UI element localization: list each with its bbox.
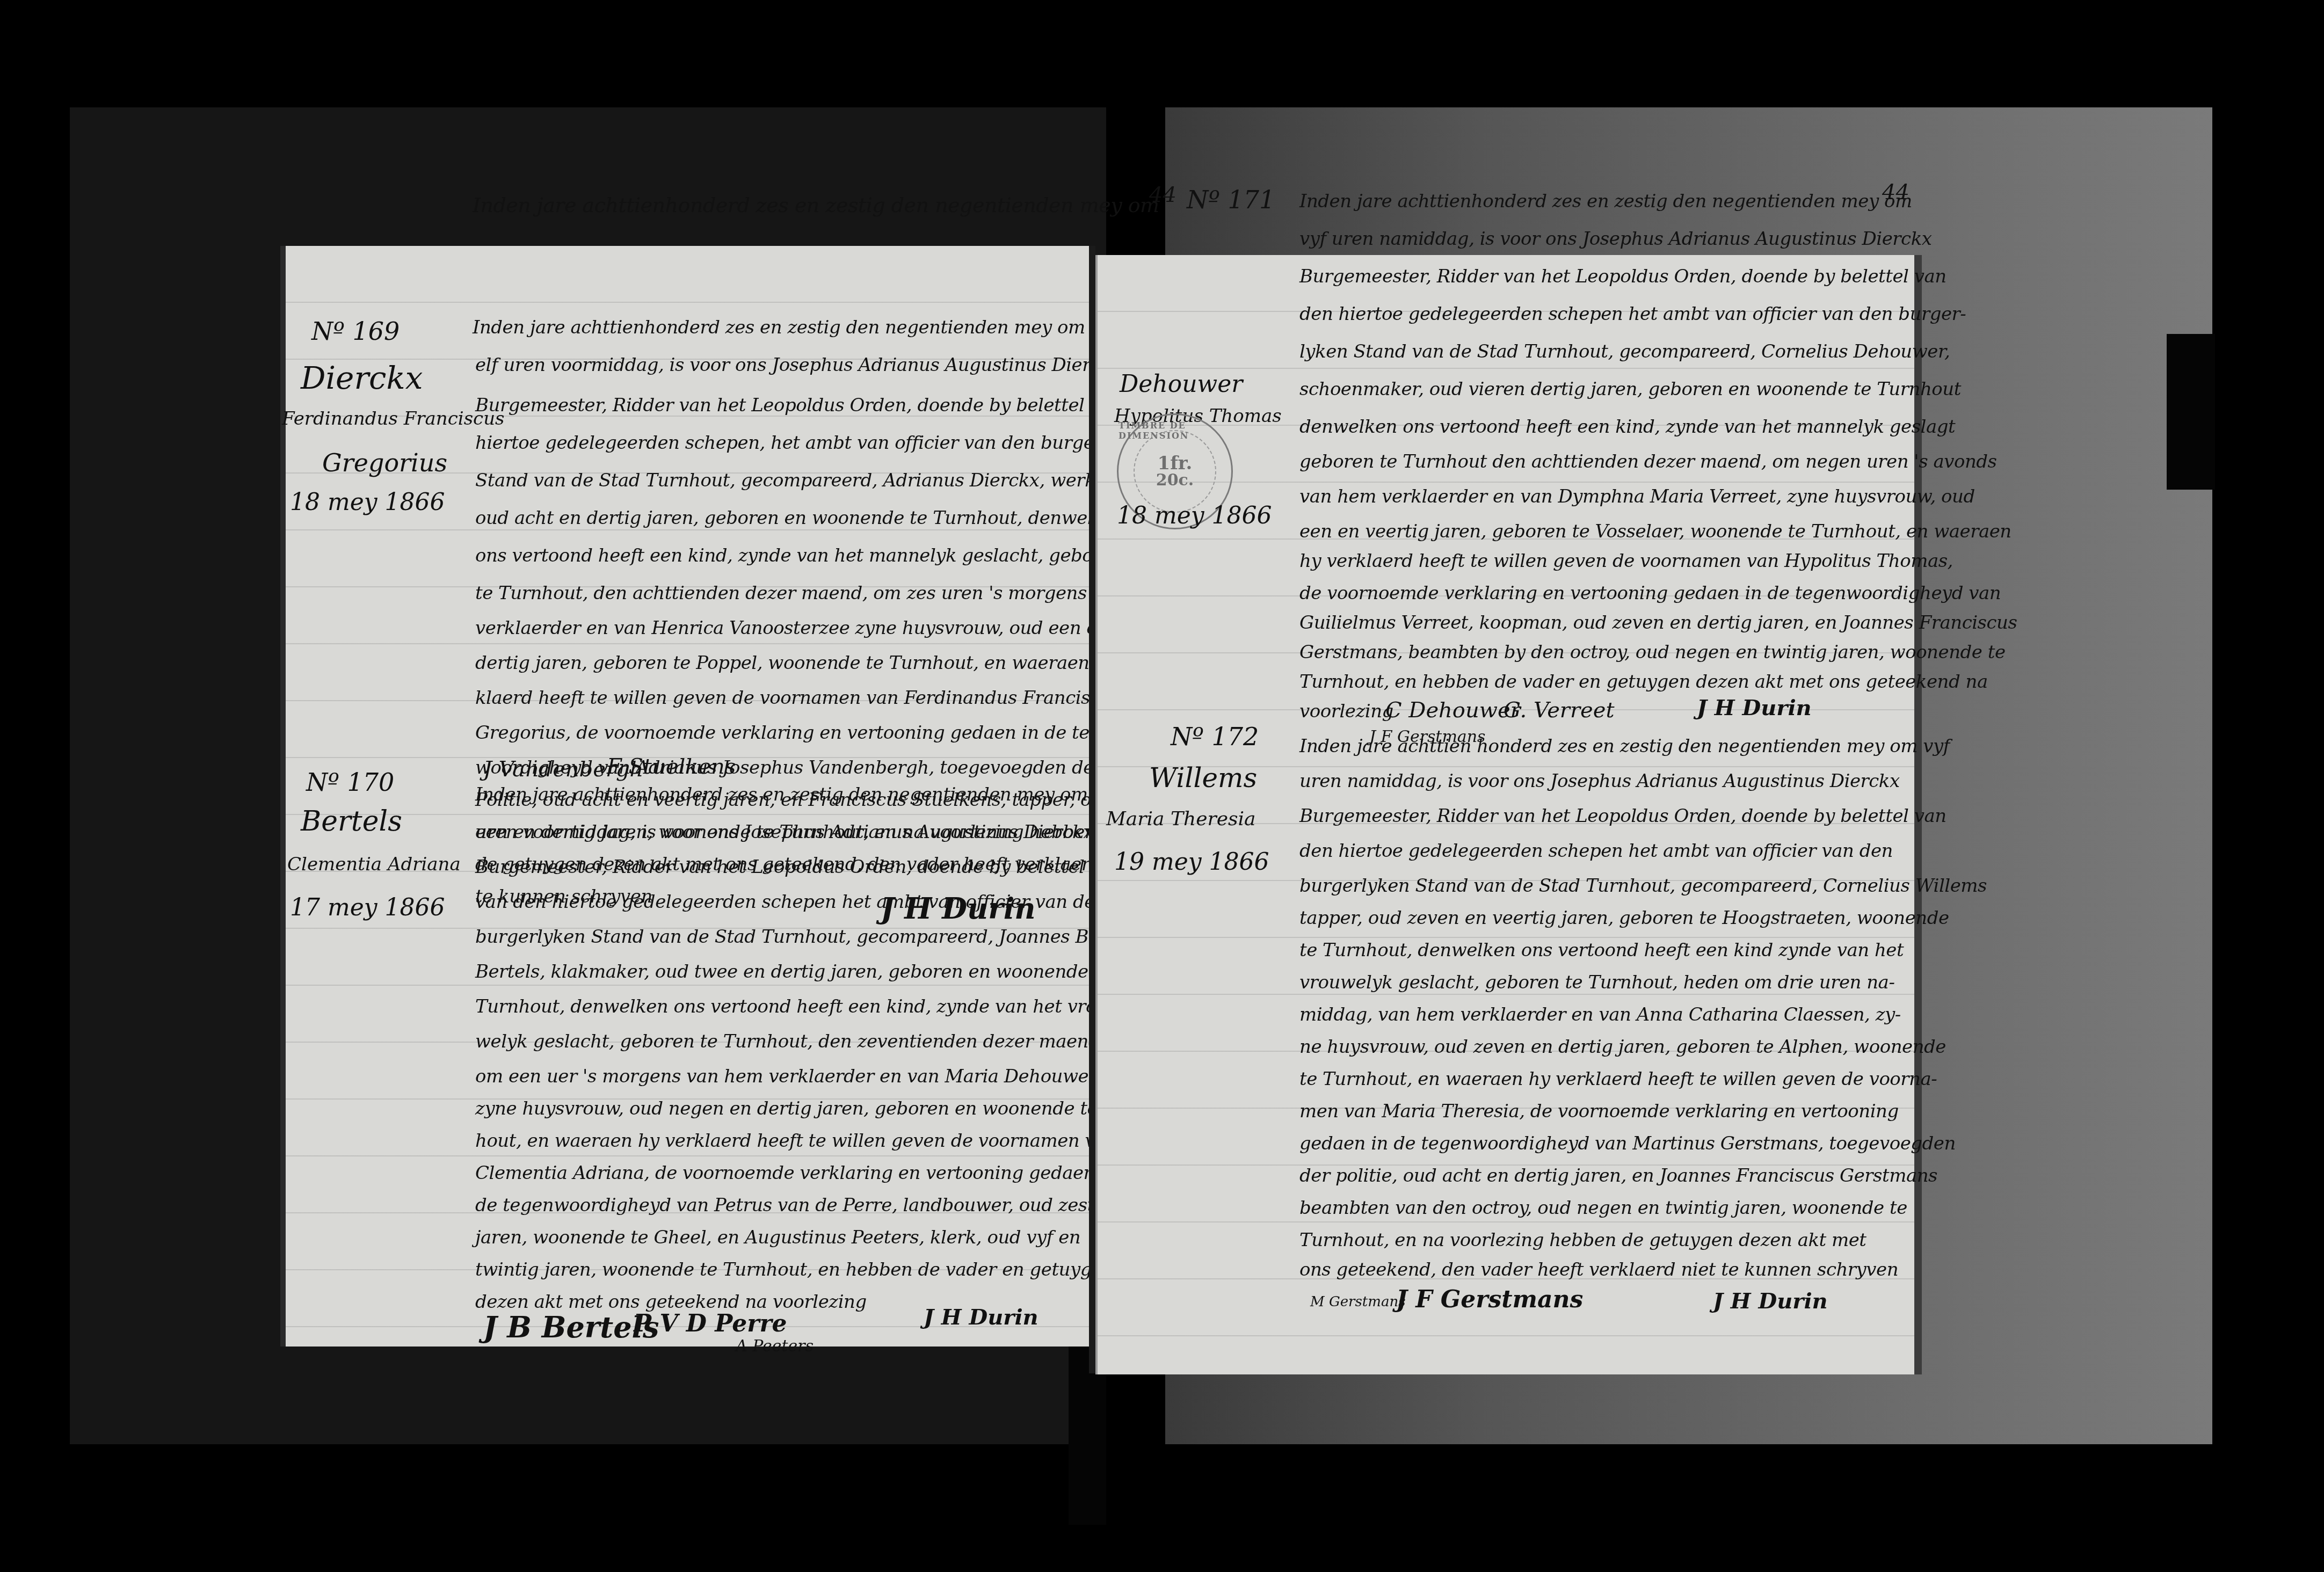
entry-169-line: Inden jare achttienhonderd zes en zestig… bbox=[473, 193, 1159, 217]
entry-172-surname: Willems bbox=[1149, 762, 1257, 794]
entry-170-line: welyk geslacht, geboren te Turnhout, den… bbox=[475, 1031, 1100, 1052]
entry-171-signature-witness-1: G. Verreet bbox=[1504, 698, 1615, 723]
entry-169-number: Nº 169 bbox=[311, 317, 400, 346]
entry-170-signature-father: J B Bertels bbox=[483, 1310, 659, 1344]
entry-172-line: beambten van den octroy, oud negen en tw… bbox=[1299, 1197, 1907, 1219]
entry-171-line: geboren te Turnhout den achttienden deze… bbox=[1299, 451, 1997, 472]
entry-169-line: te Turnhout, den achttienden dezer maend… bbox=[475, 583, 1169, 604]
entry-172-signature-officer: J H Durin bbox=[1713, 1289, 1828, 1314]
entry-170-line: twintig jaren, woonende te Turnhout, en … bbox=[475, 1259, 1114, 1280]
entry-170-line: de tegenwoordigheyd van Petrus van de Pe… bbox=[475, 1195, 1112, 1216]
entry-170-surname: Bertels bbox=[301, 805, 402, 838]
entry-170-date: 17 mey 1866 bbox=[290, 894, 445, 921]
entry-172-line: middag, van hem verklaerder en van Anna … bbox=[1299, 1004, 1901, 1025]
entry-169-surname: Dierckx bbox=[301, 360, 423, 396]
entry-171-number: Nº 171 bbox=[1187, 185, 1275, 214]
entry-170-line: om een uer 's morgens van hem verklaerde… bbox=[475, 1066, 1097, 1087]
entry-170-line: Inden jare achttienhonderd zes en zestig… bbox=[475, 784, 1116, 805]
entry-169-line: klaerd heeft te willen geven de voorname… bbox=[475, 687, 1121, 709]
entry-172-line: ne huysvrouw, oud zeven en dertig jaren,… bbox=[1299, 1036, 1946, 1058]
entry-169-given-names: Ferdinandus Franciscus bbox=[282, 408, 505, 430]
entry-169-given-names-2: Gregorius bbox=[322, 448, 447, 477]
entry-171-line: van hem verklaerder en van Dymphna Maria… bbox=[1299, 486, 1975, 507]
entry-172-line: tapper, oud zeven en veertig jaren, gebo… bbox=[1299, 907, 1949, 929]
entry-171-line: Gerstmans, beambten by den octroy, oud n… bbox=[1299, 642, 2006, 663]
folio-number-left: 44 bbox=[1149, 183, 1176, 207]
entry-172-line: gedaen in de tegenwoordigheyd van Martin… bbox=[1299, 1133, 1956, 1154]
entry-171-line: hy verklaerd heeft te willen geven de vo… bbox=[1299, 550, 1953, 572]
entry-172-given-names: Maria Theresia bbox=[1106, 808, 1255, 830]
entry-169-line: elf uren voormiddag, is voor ons Josephu… bbox=[475, 354, 1121, 376]
entry-169-line: Stand van de Stad Turnhout, gecompareerd… bbox=[475, 470, 1135, 491]
entry-170-line: dezen akt met ons geteekend na voorlezin… bbox=[475, 1291, 867, 1313]
book-gutter bbox=[1089, 246, 1095, 1373]
entry-172-signature-witness-2: J F Gerstmans bbox=[1396, 1286, 1583, 1313]
entry-169-line: ons vertoond heeft een kind, zynde van h… bbox=[475, 545, 1123, 566]
entry-172-signature-witness-1: M Gerstmans bbox=[1310, 1294, 1406, 1310]
entry-169-line: Burgemeester, Ridder van het Leopoldus O… bbox=[475, 395, 1161, 416]
entry-171-line: een en veertig jaren, geboren te Vossela… bbox=[1299, 521, 2011, 542]
entry-171-line: Burgemeester, Ridder van het Leopoldus O… bbox=[1299, 266, 1947, 287]
entry-170-number: Nº 170 bbox=[306, 768, 394, 797]
entry-169-line: dertig jaren, geboren te Poppel, woonend… bbox=[475, 652, 1157, 674]
entry-171-date: 18 mey 1866 bbox=[1117, 502, 1272, 529]
entry-170-line: Turnhout, denwelken ons vertoond heeft e… bbox=[475, 996, 1114, 1017]
entry-170-signature-officer: J H Durin bbox=[924, 1305, 1038, 1330]
entry-170-line: hout, en waeraen hy verklaerd heeft te w… bbox=[475, 1130, 1117, 1152]
entry-172-number: Nº 172 bbox=[1171, 722, 1259, 751]
entry-170-signature-witness-1: P V D Perre bbox=[634, 1310, 787, 1337]
entry-170-line: zyne huysvrouw, oud negen en dertig jare… bbox=[475, 1098, 1152, 1119]
entry-171-line: Inden jare achttienhonderd zes en zestig… bbox=[1299, 191, 1912, 212]
entry-169-line: verklaerder en van Henrica Vanoosterzee … bbox=[475, 617, 1108, 639]
entry-169-line: Inden jare achttienhonderd zes en zestig… bbox=[473, 317, 1085, 338]
entry-170-line: jaren, woonende te Gheel, en Augustinus … bbox=[475, 1227, 1080, 1248]
entry-172-line: vrouwelyk geslacht, geboren te Turnhout,… bbox=[1299, 972, 1894, 993]
entry-170-signature-witness-2: A Peeters bbox=[736, 1337, 814, 1356]
entry-169-line: oud acht en dertig jaren, geboren en woo… bbox=[475, 507, 1125, 529]
entry-172-line: te Turnhout, denwelken ons vertoond heef… bbox=[1299, 940, 1904, 961]
entry-169-line: hiertoe gedelegeerden schepen, het ambt … bbox=[475, 432, 1151, 454]
entry-171-line: schoenmaker, oud vieren dertig jaren, ge… bbox=[1299, 379, 1961, 400]
entry-171-line: denwelken ons vertoond heeft een kind, z… bbox=[1299, 416, 1955, 438]
entry-172-date: 19 mey 1866 bbox=[1114, 848, 1269, 876]
stamp-ring-text: TIMBRE DE DIMENSION bbox=[1119, 420, 1231, 441]
entry-172-line: te Turnhout, en waeraen hy verklaerd hee… bbox=[1299, 1068, 1937, 1090]
entry-171-line: lyken Stand van de Stad Turnhout, gecomp… bbox=[1299, 341, 1950, 362]
entry-171-line: voorlezing bbox=[1299, 701, 1393, 722]
entry-170-line: van den hiertoe gedelegeerden schepen he… bbox=[475, 891, 1106, 913]
entry-170-line: burgerlyken Stand van de Stad Turnhout, … bbox=[475, 926, 1150, 948]
entry-169-line: Gregorius, de voornoemde verklaring en v… bbox=[475, 722, 1123, 744]
entry-171-line: den hiertoe gedelegeerden schepen het am… bbox=[1299, 303, 1966, 325]
entry-169-date: 18 mey 1866 bbox=[290, 489, 445, 516]
entry-172-line: Turnhout, en na voorlezing hebben de get… bbox=[1299, 1229, 1867, 1251]
entry-172-line: uren namiddag, is voor ons Josephus Adri… bbox=[1299, 770, 1900, 792]
entry-171-signature-father: C Dehouwer bbox=[1385, 698, 1521, 723]
entry-171-line: Turnhout, en hebben de vader en getuygen… bbox=[1299, 671, 1988, 693]
entry-172-line: ons geteekend, den vader heeft verklaerd… bbox=[1299, 1259, 1898, 1280]
entry-170-line: uren voormiddag, is voor ons Josephus Ad… bbox=[475, 821, 1093, 843]
entry-172-line: burgerlyken Stand van de Stad Turnhout, … bbox=[1299, 875, 1987, 897]
entry-170-given-names: Clementia Adriana bbox=[287, 854, 461, 875]
entry-170-line: Clementia Adriana, de voornoemde verklar… bbox=[475, 1162, 1117, 1184]
entry-172-line: Burgemeester, Ridder van het Leopoldus O… bbox=[1299, 805, 1947, 827]
entry-171-line: vyf uren namiddag, is voor ons Josephus … bbox=[1299, 228, 1931, 250]
binding-clip bbox=[2167, 334, 2215, 490]
entry-171-line: Guilielmus Verreet, koopman, oud zeven e… bbox=[1299, 612, 2017, 634]
entry-172-line: der politie, oud acht en dertig jaren, e… bbox=[1299, 1165, 1937, 1187]
stamp-wreath bbox=[1134, 430, 1216, 513]
entry-170-line: Burgemeester, Ridder van het Leopoldus O… bbox=[475, 856, 1084, 878]
entry-171-surname: Dehouwer bbox=[1120, 370, 1243, 398]
entry-171-signature-officer: J H Durin bbox=[1697, 695, 1812, 720]
entry-170-line: Bertels, klakmaker, oud twee en dertig j… bbox=[475, 961, 1112, 982]
entry-172-line: Inden jare achttien honderd zes en zesti… bbox=[1299, 736, 1950, 757]
entry-172-line: den hiertoe gedelegeerden schepen het am… bbox=[1299, 840, 1893, 862]
entry-171-line: de voornoemde verklaring en vertooning g… bbox=[1299, 583, 2001, 604]
entry-169-signature-witness-2: F Stuelkens bbox=[607, 754, 736, 779]
entry-172-line: men van Maria Theresia, de voornoemde ve… bbox=[1299, 1101, 1899, 1122]
